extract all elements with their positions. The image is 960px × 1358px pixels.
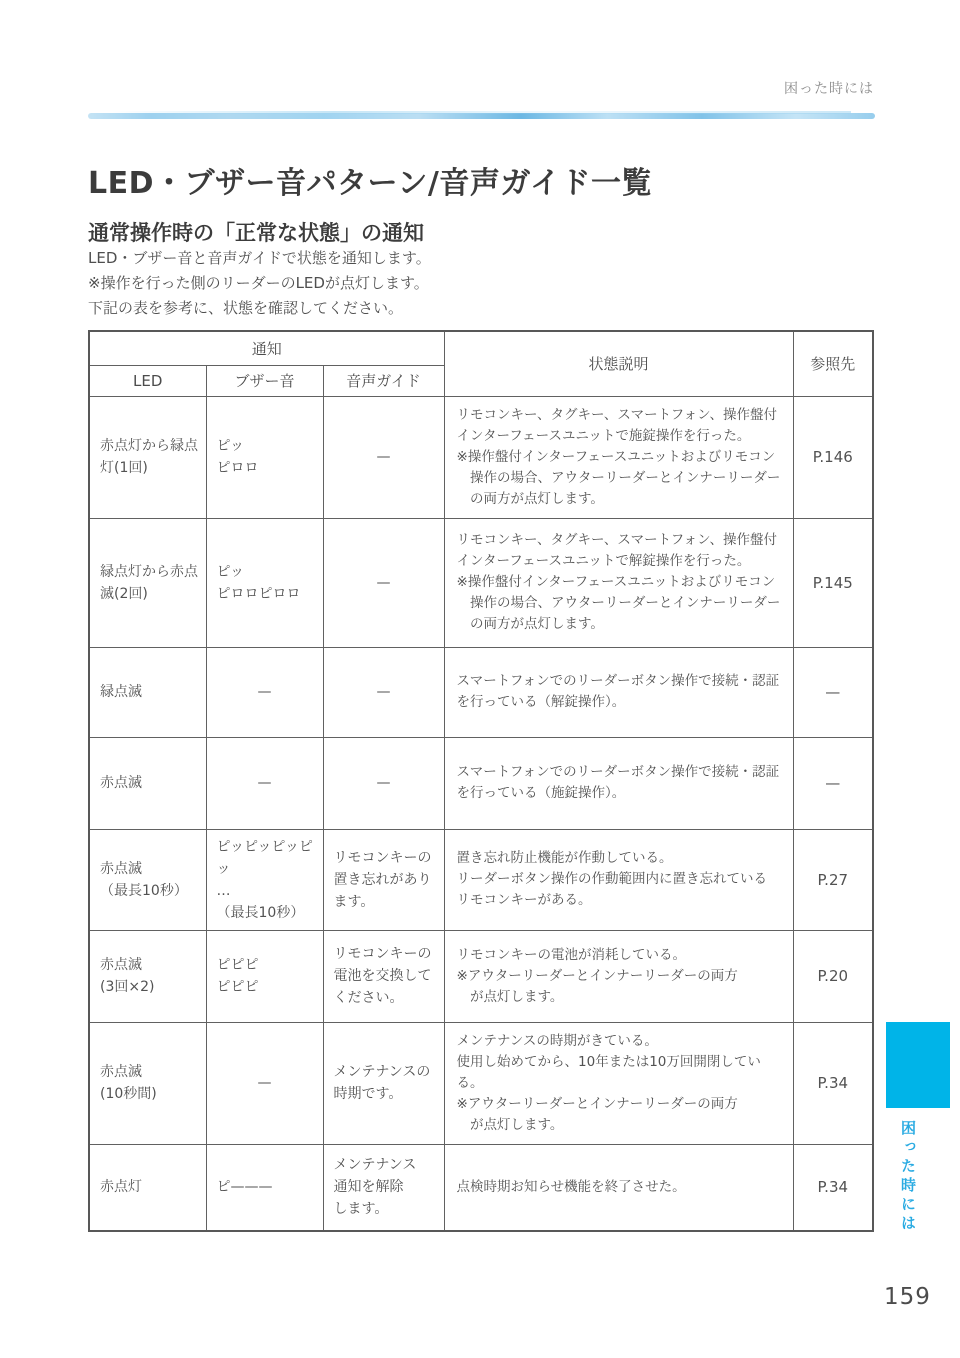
- led-cell: 赤点滅 （最長10秒）: [89, 829, 206, 930]
- status-description-cell: メンテナンスの時期がきている。 使用し始めてから、10年または10万回開閉してい…: [444, 1022, 793, 1144]
- running-header: 困った時には: [784, 78, 874, 98]
- reference-cell: P.146: [793, 396, 873, 518]
- table-header-row-1: 通知 状態説明 参照先: [89, 331, 873, 365]
- status-description-cell: スマートフォンでのリーダーボタン操作で接続・認証 を行っている（施錠操作）。: [444, 737, 793, 829]
- header-status-description: 状態説明: [444, 331, 793, 396]
- voice-guide-cell: —: [323, 737, 444, 829]
- brush-stroke-divider: [88, 113, 875, 119]
- buzzer-cell: ピッ ピロロ: [206, 396, 323, 518]
- voice-guide-cell: リモコンキーの 置き忘れがあり ます。: [323, 829, 444, 930]
- status-description-cell: スマートフォンでのリーダーボタン操作で接続・認証 を行っている（解錠操作）。: [444, 647, 793, 737]
- status-description-cell: リモコンキー、タグキー、スマートフォン、操作盤付 インターフェースユニットで施錠…: [444, 396, 793, 518]
- led-cell: 赤点滅: [89, 737, 206, 829]
- reference-cell: P.20: [793, 930, 873, 1022]
- buzzer-cell: —: [206, 737, 323, 829]
- buzzer-cell: —: [206, 1022, 323, 1144]
- buzzer-cell: ピッ ピロロピロロ: [206, 518, 323, 647]
- header-reference: 参照先: [793, 331, 873, 396]
- reference-cell: P.34: [793, 1022, 873, 1144]
- section-tab-label: 困った時には: [898, 1120, 919, 1234]
- status-description-cell: リモコンキー、タグキー、スマートフォン、操作盤付 インターフェースユニットで解錠…: [444, 518, 793, 647]
- reference-cell: P.145: [793, 518, 873, 647]
- intro-line-2: ※操作を行った側のリーダーのLEDが点灯します。: [88, 271, 431, 296]
- led-cell: 赤点滅 (10秒間): [89, 1022, 206, 1144]
- header-voice-guide: 音声ガイド: [323, 365, 444, 396]
- voice-guide-cell: リモコンキーの 電池を交換して ください。: [323, 930, 444, 1022]
- intro-line-3: 下記の表を参考に、状態を確認してください。: [88, 296, 431, 321]
- status-description-cell: 置き忘れ防止機能が作動している。 リーダーボタン操作の作動範囲内に置き忘れている…: [444, 829, 793, 930]
- status-table: 通知 状態説明 参照先 LED ブザー音 音声ガイド 赤点灯から緑点 灯(1回)…: [88, 330, 874, 1232]
- buzzer-cell: ピッピッピッピッ … （最長10秒）: [206, 829, 323, 930]
- reference-cell: —: [793, 647, 873, 737]
- buzzer-cell: ピ———: [206, 1144, 323, 1231]
- voice-guide-cell: —: [323, 396, 444, 518]
- led-cell: 赤点滅 (3回×2): [89, 930, 206, 1022]
- section-heading: 通常操作時の「正常な状態」の通知: [88, 217, 424, 247]
- reference-cell: —: [793, 737, 873, 829]
- table-row: 緑点灯から赤点 滅(2回) ピッ ピロロピロロ — リモコンキー、タグキー、スマ…: [89, 518, 873, 647]
- reference-cell: P.27: [793, 829, 873, 930]
- header-notification: 通知: [89, 331, 444, 365]
- table-row: 赤点滅 — — スマートフォンでのリーダーボタン操作で接続・認証 を行っている（…: [89, 737, 873, 829]
- table-row: 赤点灯から緑点 灯(1回) ピッ ピロロ — リモコンキー、タグキー、スマートフ…: [89, 396, 873, 518]
- status-description-cell: リモコンキーの電池が消耗している。 ※アウターリーダーとインナーリーダーの両方 …: [444, 930, 793, 1022]
- status-description-cell: 点検時期お知らせ機能を終了させた。: [444, 1144, 793, 1231]
- buzzer-cell: —: [206, 647, 323, 737]
- manual-page: 困った時には LED・ブザー音パターン/音声ガイド一覧 通常操作時の「正常な状態…: [0, 0, 960, 1358]
- page-title: LED・ブザー音パターン/音声ガイド一覧: [88, 158, 652, 202]
- header-led: LED: [89, 365, 206, 396]
- header-buzzer: ブザー音: [206, 365, 323, 396]
- led-cell: 赤点灯: [89, 1144, 206, 1231]
- voice-guide-cell: —: [323, 518, 444, 647]
- led-cell: 赤点灯から緑点 灯(1回): [89, 396, 206, 518]
- buzzer-cell: ピピピ ピピピ: [206, 930, 323, 1022]
- page-number: 159: [884, 1284, 931, 1310]
- table-row: 赤点滅 (10秒間) — メンテナンスの 時期です。 メンテナンスの時期がきてい…: [89, 1022, 873, 1144]
- table-row: 赤点滅 (3回×2) ピピピ ピピピ リモコンキーの 電池を交換して ください。…: [89, 930, 873, 1022]
- section-tab-marker: [886, 1022, 950, 1108]
- table-row: 緑点滅 — — スマートフォンでのリーダーボタン操作で接続・認証 を行っている（…: [89, 647, 873, 737]
- voice-guide-cell: メンテナンス 通知を解除 します。: [323, 1144, 444, 1231]
- led-cell: 緑点灯から赤点 滅(2回): [89, 518, 206, 647]
- table-row: 赤点滅 （最長10秒） ピッピッピッピッ … （最長10秒） リモコンキーの 置…: [89, 829, 873, 930]
- voice-guide-cell: メンテナンスの 時期です。: [323, 1022, 444, 1144]
- voice-guide-cell: —: [323, 647, 444, 737]
- table-row: 赤点灯 ピ——— メンテナンス 通知を解除 します。 点検時期お知らせ機能を終了…: [89, 1144, 873, 1231]
- intro-line-1: LED・ブザー音と音声ガイドで状態を通知します。: [88, 246, 431, 271]
- reference-cell: P.34: [793, 1144, 873, 1231]
- led-cell: 緑点滅: [89, 647, 206, 737]
- intro-text: LED・ブザー音と音声ガイドで状態を通知します。 ※操作を行った側のリーダーのL…: [88, 246, 431, 321]
